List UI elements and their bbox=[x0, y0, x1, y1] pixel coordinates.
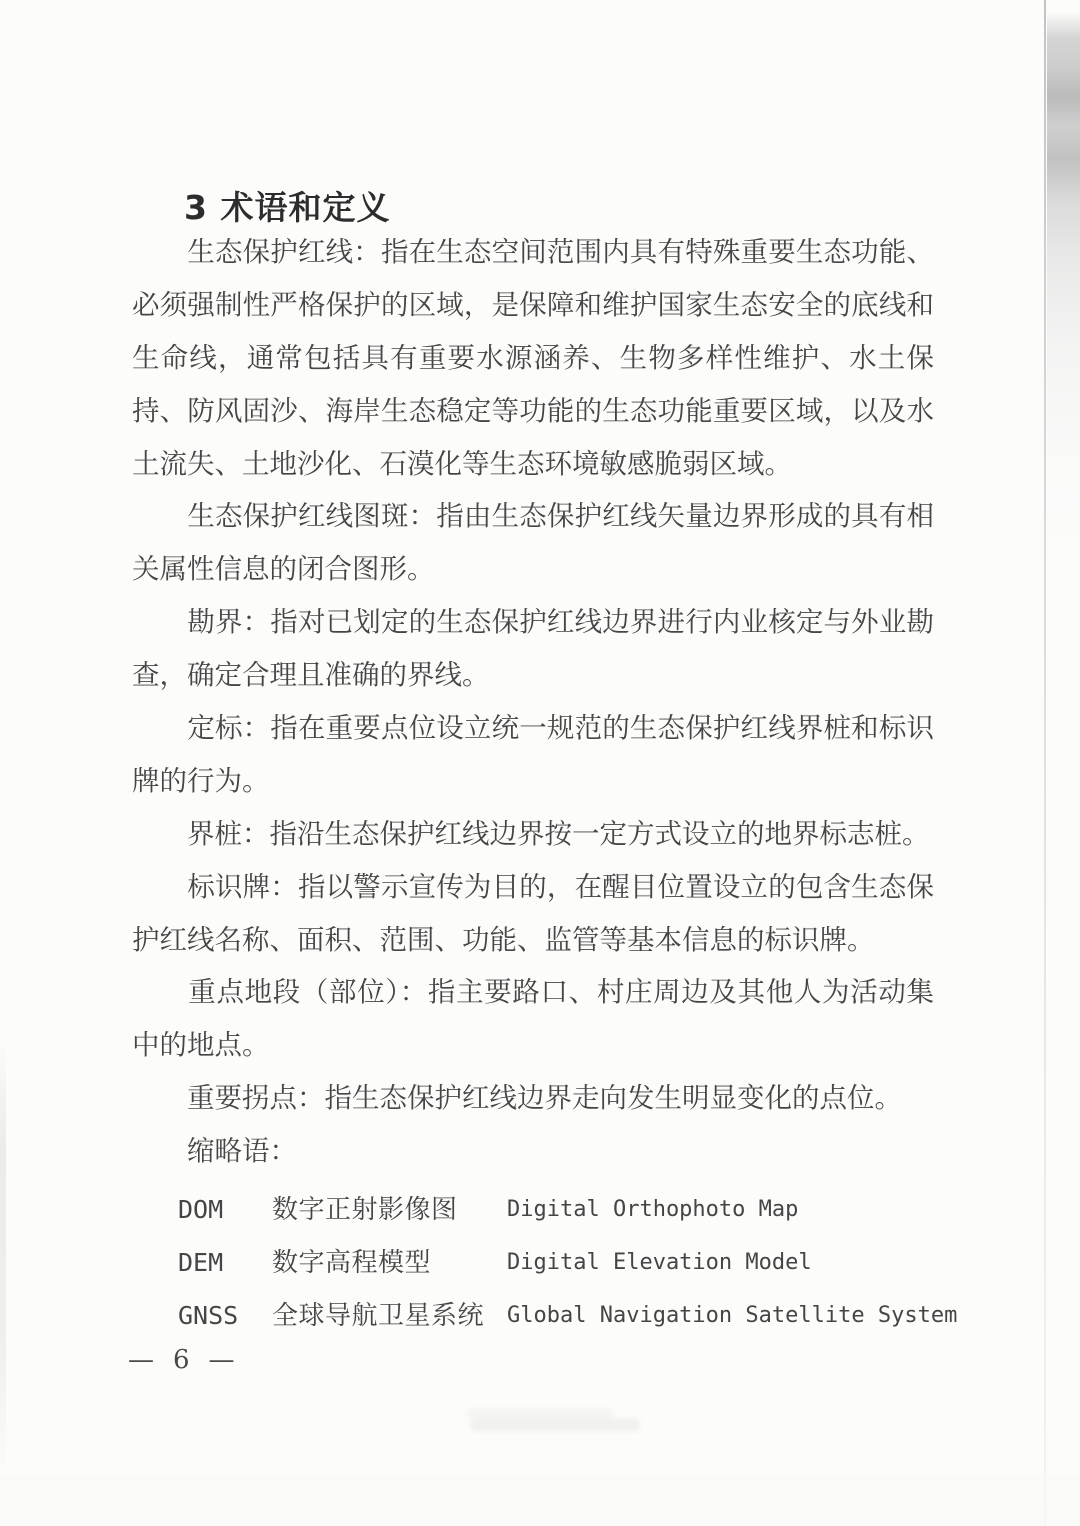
page-number: — 6 — bbox=[128, 1345, 235, 1375]
abbreviation-term-zh: 全球导航卫星系统 bbox=[272, 1289, 484, 1342]
text-line: 关属性信息的闭合图形。 bbox=[132, 543, 934, 596]
abbreviation-term-en: Global Navigation Satellite System bbox=[507, 1289, 957, 1342]
abbreviation-row: DEM 数字高程模型 Digital Elevation Model bbox=[132, 1236, 992, 1289]
text-line: 生态保护红线图斑：指由生态保护红线矢量边界形成的具有相 bbox=[132, 490, 934, 543]
scan-artifact bbox=[470, 1418, 640, 1432]
scan-artifact bbox=[465, 1408, 615, 1418]
page-number-dash-right: — bbox=[209, 1345, 235, 1375]
page-number-value: 6 bbox=[173, 1345, 190, 1375]
body-text-block: 生态保护红线：指在生态空间范围内具有特殊重要生态功能、 必须强制性严格保护的区域… bbox=[132, 226, 934, 1178]
text-line: 界桩：指沿生态保护红线边界按一定方式设立的地界标志桩。 bbox=[132, 808, 934, 861]
abbreviation-list: DOM 数字正射影像图 Digital Orthophoto Map DEM 数… bbox=[132, 1183, 992, 1342]
text-line: 标识牌：指以警示宣传为目的，在醒目位置设立的包含生态保 bbox=[132, 861, 934, 914]
text-line: 土流失、土地沙化、石漠化等生态环境敏感脆弱区域。 bbox=[132, 438, 934, 491]
abbreviation-acronym: GNSS bbox=[178, 1289, 238, 1342]
text-line: 查，确定合理且准确的界线。 bbox=[132, 649, 934, 702]
section-heading: 3 术语和定义 bbox=[184, 182, 390, 229]
text-line: 中的地点。 bbox=[132, 1019, 934, 1072]
abbreviation-term-zh: 数字高程模型 bbox=[272, 1236, 431, 1289]
text-line: 牌的行为。 bbox=[132, 755, 934, 808]
abbreviation-term-en: Digital Orthophoto Map bbox=[507, 1183, 798, 1236]
document-page: 3 术语和定义 生态保护红线：指在生态空间范围内具有特殊重要生态功能、 必须强制… bbox=[0, 0, 1080, 1526]
scan-edge-line bbox=[1044, 0, 1046, 1526]
text-line: 定标：指在重要点位设立统一规范的生态保护红线界桩和标识 bbox=[132, 702, 934, 755]
abbreviation-term-en: Digital Elevation Model bbox=[507, 1236, 812, 1289]
text-line: 缩略语： bbox=[132, 1125, 934, 1178]
text-line: 必须强制性严格保护的区域，是保障和维护国家生态安全的底线和 bbox=[132, 279, 934, 332]
abbreviation-acronym: DEM bbox=[178, 1236, 223, 1289]
abbreviation-row: GNSS 全球导航卫星系统 Global Navigation Satellit… bbox=[132, 1289, 992, 1342]
scan-shadow-band bbox=[1047, 12, 1080, 652]
text-line: 勘界：指对已划定的生态保护红线边界进行内业核定与外业勘 bbox=[132, 596, 934, 649]
abbreviation-term-zh: 数字正射影像图 bbox=[272, 1183, 458, 1236]
abbreviation-acronym: DOM bbox=[178, 1183, 223, 1236]
text-line: 重要拐点：指生态保护红线边界走向发生明显变化的点位。 bbox=[132, 1072, 934, 1125]
text-line: 重点地段（部位）：指主要路口、村庄周边及其他人为活动集 bbox=[132, 966, 934, 1019]
text-line: 生态保护红线：指在生态空间范围内具有特殊重要生态功能、 bbox=[132, 226, 934, 279]
text-line: 生命线，通常包括具有重要水源涵养、生物多样性维护、水土保 bbox=[132, 332, 934, 385]
page-number-dash-left: — bbox=[128, 1345, 154, 1375]
text-line: 护红线名称、面积、范围、功能、监管等基本信息的标识牌。 bbox=[132, 914, 934, 967]
abbreviation-row: DOM 数字正射影像图 Digital Orthophoto Map bbox=[132, 1183, 992, 1236]
scan-left-edge bbox=[0, 1038, 6, 1478]
text-line: 持、防风固沙、海岸生态稳定等功能的生态功能重要区域，以及水 bbox=[132, 385, 934, 438]
scan-bottom-edge bbox=[0, 1474, 1080, 1526]
